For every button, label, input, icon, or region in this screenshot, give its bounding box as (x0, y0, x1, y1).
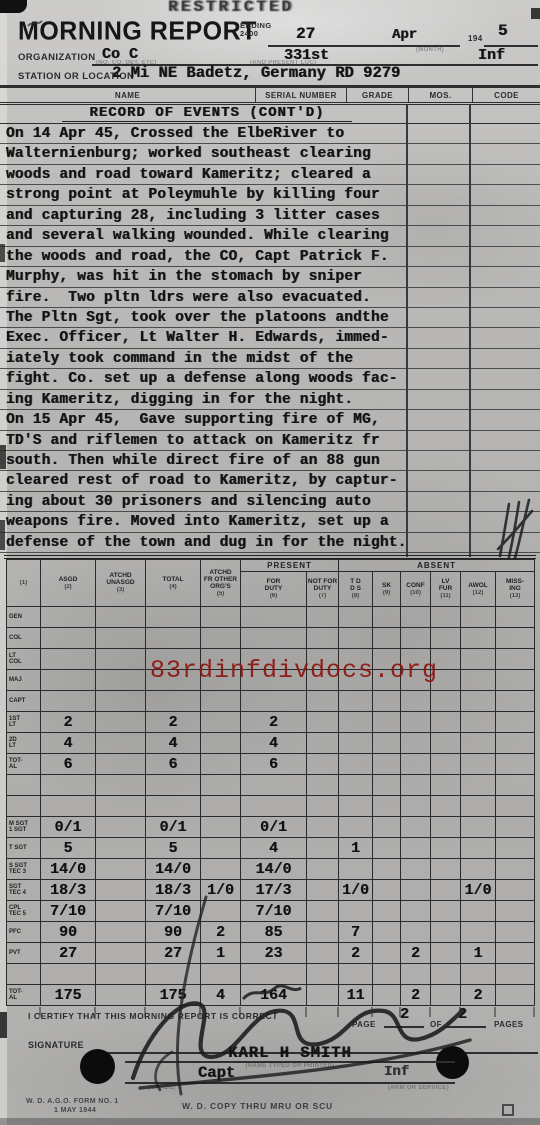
station-value: 2 Mi NE Badetz, Germany RD 9279 (112, 64, 400, 82)
st-cell (41, 796, 96, 817)
st-cell (241, 775, 307, 796)
st-rank-label: SGT TEC 4 (7, 880, 41, 901)
st-cell (431, 922, 461, 943)
st-cell (201, 607, 241, 628)
scan-bottom-shadow (0, 1118, 540, 1125)
st-cell (96, 859, 146, 880)
st-cell (146, 607, 201, 628)
st-cell (96, 922, 146, 943)
st-cell: 5 (146, 838, 201, 859)
st-cell (307, 607, 339, 628)
st-cell (431, 838, 461, 859)
st-cell: 4 (201, 985, 241, 1006)
st-cell: 4 (41, 733, 96, 754)
form-date: 1 MAY 1944 (54, 1107, 96, 1114)
st-cell (96, 985, 146, 1006)
st-cell: 85 (241, 922, 307, 943)
st-cell: 0/1 (241, 817, 307, 838)
st-row: SGT TEC 418/318/31/017/31/01/0 (7, 880, 535, 901)
st-cell (431, 901, 461, 922)
st-cell (496, 964, 535, 985)
page-number: 2 (400, 1006, 409, 1023)
st-rank-label: M SGT 1 SGT (7, 817, 41, 838)
st-cell (241, 796, 307, 817)
event-line: TD'S and riflemen to attack on Kameritz … (0, 431, 540, 451)
st-rank-label: T SGT (7, 838, 41, 859)
st-cell (401, 712, 431, 733)
events-heading: RECORD OF EVENTS (CONT'D) (62, 105, 352, 122)
st-row: PVT2727123221 (7, 943, 535, 964)
branch-value: Inf (384, 1064, 409, 1080)
st-cell (339, 859, 373, 880)
st-cell: 2 (339, 943, 373, 964)
st-cell (373, 985, 401, 1006)
st-cell (373, 691, 401, 712)
st-cell (96, 775, 146, 796)
record-of-events-section: RECORD OF EVENTS (CONT'D) On 14 Apr 45, … (0, 105, 540, 557)
st-col-header: FOR DUTY(6) (241, 572, 307, 607)
st-cell: 17/3 (241, 880, 307, 901)
st-cell: 90 (41, 922, 96, 943)
st-cell (461, 922, 496, 943)
events-lines: On 14 Apr 45, Crossed the ElbeRiver toWa… (0, 124, 540, 553)
st-cell (96, 670, 146, 691)
st-rank-label: PFC (7, 922, 41, 943)
st-cell (496, 775, 535, 796)
month-sub-label: (MONTH) (416, 47, 444, 53)
morning-report-document: RESTRICTED MORNING REPORT ENDING 2400 27… (0, 0, 540, 1125)
st-cell (201, 754, 241, 775)
st-cell (307, 880, 339, 901)
st-cell (496, 943, 535, 964)
col-mos: MOS. (408, 88, 472, 102)
st-cell: 1 (461, 943, 496, 964)
st-cell (461, 901, 496, 922)
st-cell (431, 859, 461, 880)
st-cell (496, 691, 535, 712)
st-cell (96, 712, 146, 733)
st-cell (339, 775, 373, 796)
st-cell: 2 (461, 985, 496, 1006)
st-cell: 6 (41, 754, 96, 775)
st-rank-label: CAPT (7, 691, 41, 712)
st-cell (96, 691, 146, 712)
st-cell: 1/0 (461, 880, 496, 901)
st-cell (431, 796, 461, 817)
st-rank-label: PVT (7, 943, 41, 964)
st-cell (461, 964, 496, 985)
signature-label: SIGNATURE (28, 1040, 84, 1050)
organization-label: ORGANIZATION (18, 52, 95, 63)
st-cell (461, 733, 496, 754)
st-cell (307, 901, 339, 922)
st-cell: 18/3 (41, 880, 96, 901)
st-col-header: AWOL(12) (461, 572, 496, 607)
page-number-line (384, 1026, 424, 1028)
st-cell (307, 838, 339, 859)
copy-note: W. D. COPY THRU MRU OR SCU (182, 1101, 333, 1111)
st-cell (307, 859, 339, 880)
st-cell: 2 (241, 712, 307, 733)
event-line: iately took command in the midst of the (0, 349, 540, 369)
st-cell (41, 649, 96, 670)
st-row: T SGT5541 (7, 838, 535, 859)
st-cell (496, 712, 535, 733)
st-cell: 2 (401, 985, 431, 1006)
st-cell (461, 838, 496, 859)
st-cell (96, 754, 146, 775)
st-cell (461, 712, 496, 733)
st-cell (461, 754, 496, 775)
st-cell: 11 (339, 985, 373, 1006)
st-cell: 90 (146, 922, 201, 943)
st-cell: 1 (339, 838, 373, 859)
st-cell (201, 901, 241, 922)
st-cell: 5 (41, 838, 96, 859)
organization-branch: Inf (478, 47, 505, 64)
event-line: woods and road toward Kameritz; cleared … (0, 165, 540, 185)
st-cell (496, 754, 535, 775)
st-cell (461, 628, 496, 649)
year-prefix: 194 (468, 34, 483, 43)
event-line: and several walking wounded. While clear… (0, 226, 540, 246)
scan-corner-mark (531, 8, 540, 19)
st-cell (307, 754, 339, 775)
st-cell (307, 964, 339, 985)
col-name: NAME (0, 88, 255, 102)
st-cell (496, 649, 535, 670)
st-cell: 23 (241, 943, 307, 964)
st-cell (461, 691, 496, 712)
st-rank-label: 2D LT (7, 733, 41, 754)
st-row: M SGT 1 SGT0/10/10/1 (7, 817, 535, 838)
event-line: Exec. Officer, Lt Walter H. Edwards, imm… (0, 328, 540, 348)
col-serial: SERIAL NUMBER (255, 88, 346, 102)
st-cell (431, 628, 461, 649)
st-cell (41, 628, 96, 649)
st-cell (401, 964, 431, 985)
st-row: CAPT (7, 691, 535, 712)
st-cell: 175 (146, 985, 201, 1006)
st-cell: 2 (146, 712, 201, 733)
strength-table-section: (1)ASGD(2)ATCHD UNASGD(3)TOTAL(4)ATCHD F… (4, 555, 536, 1006)
st-row: TOT- AL666 (7, 754, 535, 775)
st-cell (96, 964, 146, 985)
st-cell: 0/1 (41, 817, 96, 838)
st-rank-label: TOT- AL (7, 754, 41, 775)
event-line: ing Kameritz, digging in for the night. (0, 390, 540, 410)
st-cell (307, 922, 339, 943)
st-cell: 2 (201, 922, 241, 943)
st-cell: 175 (41, 985, 96, 1006)
st-cell: 4 (241, 733, 307, 754)
pages-label: PAGES (494, 1020, 523, 1029)
st-cell (339, 796, 373, 817)
st-rank-label: 1ST LT (7, 712, 41, 733)
event-line: the woods and road, the CO, Capt Patrick… (0, 247, 540, 267)
st-cell (373, 712, 401, 733)
punch-hole-left (80, 1049, 115, 1084)
st-cell (431, 691, 461, 712)
st-cell (339, 817, 373, 838)
st-row (7, 775, 535, 796)
st-row: COL (7, 628, 535, 649)
st-rank-label: COL (7, 628, 41, 649)
st-cell (241, 964, 307, 985)
st-col-header: T D D S(8) (339, 572, 373, 607)
st-cell (431, 964, 461, 985)
st-cell (373, 859, 401, 880)
grade-underline (125, 1082, 455, 1084)
col-code: CODE (472, 88, 540, 102)
st-cell: 2 (401, 943, 431, 964)
events-divider-1 (406, 105, 408, 557)
st-row (7, 964, 535, 985)
st-cell (496, 733, 535, 754)
year-value: 5 (498, 22, 508, 40)
st-cell (96, 796, 146, 817)
st-cell (201, 628, 241, 649)
page-label: PAGE (352, 1020, 376, 1029)
st-cell (146, 628, 201, 649)
st-cell (401, 691, 431, 712)
st-cell (373, 607, 401, 628)
st-row: GEN (7, 607, 535, 628)
event-line: On 14 Apr 45, Crossed the ElbeRiver to (0, 124, 540, 144)
st-cell (41, 670, 96, 691)
event-line: cleared rest of road to Kameritz, by cap… (0, 471, 540, 491)
st-cell (496, 880, 535, 901)
st-cell (96, 628, 146, 649)
name-header-row: NAME SERIAL NUMBER GRADE MOS. CODE (0, 88, 540, 105)
event-line: Walternienburg; worked southeast clearin… (0, 144, 540, 164)
st-cell (431, 985, 461, 1006)
st-row: 1ST LT222 (7, 712, 535, 733)
ending-2400-label: ENDING 2400 (240, 22, 272, 38)
st-cell (96, 649, 146, 670)
st-row: S SGT TEC 314/014/014/0 (7, 859, 535, 880)
st-cell (496, 859, 535, 880)
st-cell: 27 (146, 943, 201, 964)
st-col-header: ATCHD UNASGD(3) (96, 560, 146, 607)
st-cell (241, 628, 307, 649)
st-cell (461, 775, 496, 796)
st-cell (461, 649, 496, 670)
st-cell (401, 901, 431, 922)
st-cell (431, 943, 461, 964)
certify-text: I CERTIFY THAT THIS MORNING REPORT IS CO… (28, 1011, 278, 1021)
st-cell (373, 838, 401, 859)
scan-corner-blob (0, 0, 27, 13)
st-cell (401, 859, 431, 880)
st-cell (201, 796, 241, 817)
st-cell (431, 712, 461, 733)
st-row: CPL TEC 57/107/107/10 (7, 901, 535, 922)
st-cell: 18/3 (146, 880, 201, 901)
st-cell (373, 733, 401, 754)
event-line: south. Then while direct fire of an 88 g… (0, 451, 540, 471)
st-row: 2D LT444 (7, 733, 535, 754)
st-rank-label: GEN (7, 607, 41, 628)
st-cell (201, 712, 241, 733)
st-cell (41, 964, 96, 985)
st-row: TOT- AL17517541641122 (7, 985, 535, 1006)
st-cell (373, 964, 401, 985)
st-cell (496, 796, 535, 817)
st-cell (41, 775, 96, 796)
st-col-header: NOT FOR DUTY(7) (307, 572, 339, 607)
st-cell (41, 607, 96, 628)
st-cell (431, 754, 461, 775)
st-cell: 1 (201, 943, 241, 964)
st-cell (241, 691, 307, 712)
st-cell (339, 607, 373, 628)
st-cell: 27 (41, 943, 96, 964)
st-cell (431, 817, 461, 838)
st-cell (496, 607, 535, 628)
event-line: defense of the town and dug in for the n… (0, 533, 540, 553)
st-cell: 7/10 (241, 901, 307, 922)
st-col-header: CONF(10) (401, 572, 431, 607)
classification-stamp: RESTRICTED (168, 0, 294, 16)
st-cell: 6 (146, 754, 201, 775)
st-cell (431, 607, 461, 628)
of-label: OF (430, 1020, 442, 1029)
st-cell: 0/1 (146, 817, 201, 838)
grade-value: Capt (198, 1064, 235, 1082)
st-row (7, 796, 535, 817)
st-cell (307, 943, 339, 964)
events-divider-2 (469, 105, 471, 557)
st-cell (96, 880, 146, 901)
st-col-header: LV FUR(11) (431, 572, 461, 607)
st-cell: 14/0 (41, 859, 96, 880)
st-rank-label (7, 964, 41, 985)
st-cell (401, 733, 431, 754)
watermark-text: 83rdinfdivdocs.org (150, 656, 438, 685)
st-cell (201, 775, 241, 796)
st-cell (201, 733, 241, 754)
st-cell (307, 712, 339, 733)
st-cell (201, 838, 241, 859)
st-cell (201, 817, 241, 838)
st-col-header: ATCHD FR OTHER ORG'S(5) (201, 560, 241, 607)
st-cell (307, 817, 339, 838)
st-cell (201, 859, 241, 880)
st-cell (431, 733, 461, 754)
typed-name: KARL H SMITH (125, 1044, 455, 1062)
st-cell (339, 733, 373, 754)
st-cell (431, 880, 461, 901)
st-cell (373, 796, 401, 817)
st-cell (373, 775, 401, 796)
page-total: 2 (458, 1006, 467, 1023)
st-cell (41, 691, 96, 712)
st-cell (307, 985, 339, 1006)
st-cell (373, 922, 401, 943)
st-cell (201, 691, 241, 712)
st-cell (241, 607, 307, 628)
st-cell (461, 796, 496, 817)
st-cell (146, 964, 201, 985)
event-line: Murphy, was hit in the stomach by sniper (0, 267, 540, 287)
st-cell (401, 838, 431, 859)
st-cell (373, 943, 401, 964)
grade-label: (GRADE) (148, 1085, 176, 1091)
st-cell (496, 817, 535, 838)
form-corner-box (502, 1104, 514, 1116)
st-cell (461, 607, 496, 628)
st-cell (431, 775, 461, 796)
st-cell (307, 691, 339, 712)
st-col-header: SK(9) (373, 572, 401, 607)
col-grade: GRADE (346, 88, 408, 102)
st-cell (461, 859, 496, 880)
st-cell (307, 628, 339, 649)
st-cell (307, 796, 339, 817)
st-cell: 7/10 (146, 901, 201, 922)
st-cell (401, 754, 431, 775)
st-cell (96, 817, 146, 838)
date-day-value: 27 (296, 25, 315, 43)
st-cell (339, 712, 373, 733)
st-cell (146, 775, 201, 796)
event-line: The Pltn Sgt, took over the platoons and… (0, 308, 540, 328)
st-col-header: ASGD(2) (41, 560, 96, 607)
st-cell: 14/0 (146, 859, 201, 880)
st-cell: 1/0 (339, 880, 373, 901)
st-cell (401, 922, 431, 943)
branch-label: (ARM OR SERVICE) (388, 1085, 449, 1091)
st-cell (339, 754, 373, 775)
st-rank-label: MAJ (7, 670, 41, 691)
st-cell: 7/10 (41, 901, 96, 922)
st-cell: 1/0 (201, 880, 241, 901)
st-cell (496, 670, 535, 691)
st-cell (307, 733, 339, 754)
st-cell: 4 (241, 838, 307, 859)
st-cell (401, 880, 431, 901)
st-cell (401, 775, 431, 796)
event-line: weapons fire. Moved into Kameritz, set u… (0, 512, 540, 532)
st-col-header: (1) (7, 560, 41, 607)
st-cell (373, 817, 401, 838)
st-cell: 164 (241, 985, 307, 1006)
st-cell (373, 628, 401, 649)
st-cell (373, 754, 401, 775)
st-cell (146, 796, 201, 817)
st-cell (146, 691, 201, 712)
st-cell (96, 733, 146, 754)
st-row: PFC90902857 (7, 922, 535, 943)
st-cell (307, 775, 339, 796)
st-cell (401, 628, 431, 649)
st-col-header: TOTAL(4) (146, 560, 201, 607)
st-cell (496, 628, 535, 649)
st-cell (496, 838, 535, 859)
st-cell: 2 (41, 712, 96, 733)
date-month-value: Apr (392, 27, 417, 43)
st-rank-label: TOT- AL (7, 985, 41, 1006)
st-col-header: MISS- ING(13) (496, 572, 535, 607)
st-cell (96, 838, 146, 859)
event-line: On 15 Apr 45, Gave supporting fire of MG… (0, 410, 540, 430)
st-cell (201, 964, 241, 985)
st-rank-label: S SGT TEC 3 (7, 859, 41, 880)
st-cell (461, 817, 496, 838)
st-cell: 4 (146, 733, 201, 754)
event-line: and capturing 28, including 3 litter cas… (0, 206, 540, 226)
